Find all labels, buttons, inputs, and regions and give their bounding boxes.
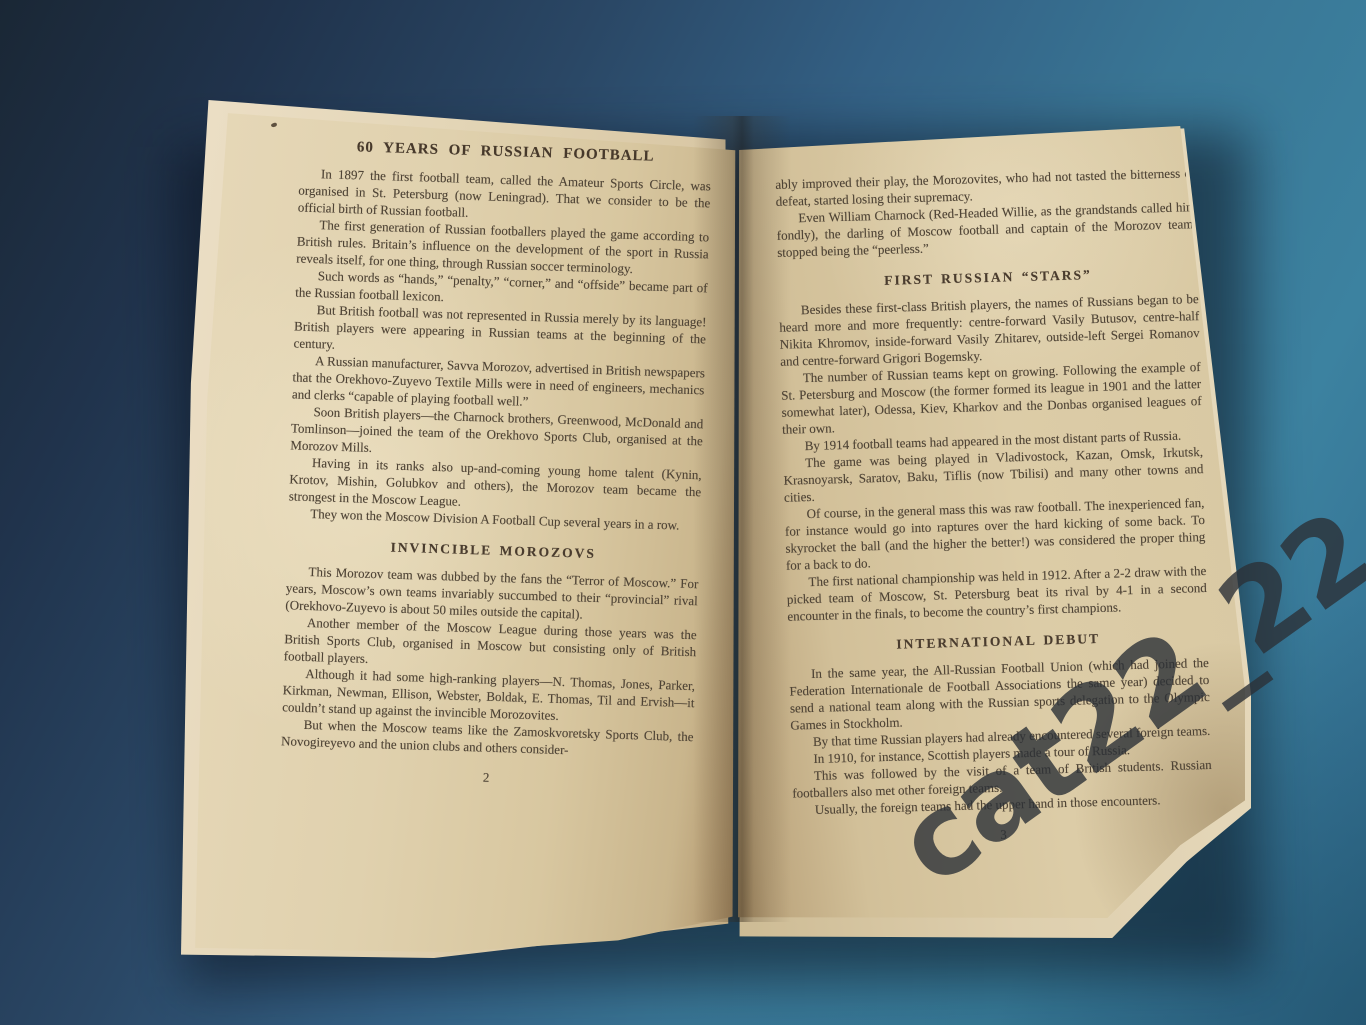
- right-page-section-heading-1: FIRST RUSSIAN “STARS”: [778, 263, 1198, 292]
- body-paragraph: Even William Charnock (Red-Headed Willie…: [776, 198, 1197, 261]
- left-page: 60 YEARS OF RUSSIAN FOOTBALL In 1897 the…: [193, 108, 738, 953]
- left-page-text: 60 YEARS OF RUSSIAN FOOTBALL In 1897 the…: [280, 138, 712, 793]
- photo-background: 60 YEARS OF RUSSIAN FOOTBALL In 1897 the…: [0, 0, 1366, 1025]
- body-paragraph: Besides these first-class British player…: [779, 290, 1201, 370]
- book-gutter-shadow: [693, 116, 791, 922]
- page-number: 2: [280, 762, 692, 792]
- left-page-section-heading: INVINCIBLE MOROZOVS: [287, 535, 699, 565]
- body-paragraph: The number of Russian teams kept on grow…: [780, 358, 1202, 438]
- body-paragraph: Of course, in the general mass this was …: [784, 494, 1206, 574]
